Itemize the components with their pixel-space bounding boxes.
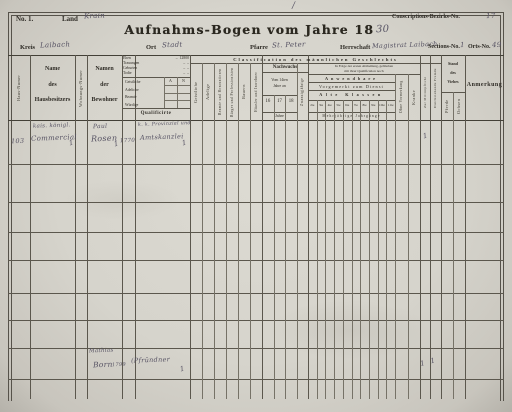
- orts-value-handwritten: 49: [492, 41, 502, 49]
- block-header-lines: In Folge der ersten Abtheilung, gebliebe…: [308, 64, 420, 73]
- form-title-text: Aufnahms-Bogen vom Jahre 18: [124, 22, 374, 37]
- entry-bewohner-line1: Paul: [93, 123, 108, 130]
- herrschaft-label: Herrschaft: [340, 44, 370, 51]
- entry-qualification-line2: Amtskanzlei: [140, 132, 184, 142]
- entry-geburtsjahr: 1770: [120, 138, 135, 145]
- klassen-label: Alte Klassen: [308, 92, 395, 97]
- sections-value-handwritten: 1: [460, 41, 465, 49]
- nachwuchs-foot: Jahre: [262, 113, 297, 118]
- stray-pen-mark: ∕: [292, 1, 296, 11]
- orts-label: Orts-No.: [468, 44, 491, 50]
- stats-footer-label: Qualificirte: [122, 111, 190, 116]
- block-right2-label: Kranke: [409, 76, 419, 118]
- pfarre-value-handwritten: St. Peter: [272, 40, 306, 49]
- category-label: Häusler und Inwohner: [251, 66, 261, 118]
- ort-value-handwritten: Stadt: [162, 41, 183, 50]
- kreis-label: Kreis: [20, 44, 35, 51]
- klassen-cells: 2te 3te 4te 5te 6te 7te 8te 9te 10te 11t…: [308, 103, 395, 107]
- zwanzigjaehrige-label: Zwanzigjährige: [298, 66, 307, 118]
- category-label: Bauern: [239, 66, 249, 118]
- hausbesitzer-column-label: Name des Hausbesitzers: [30, 62, 75, 109]
- nachwuchs-years: 16 17 18: [262, 99, 297, 104]
- haus-no-column-label: Haus-Numer: [9, 58, 29, 118]
- conscription-label: Conscriptions-Bezirks-No.: [392, 14, 460, 20]
- entry-haus-no: 103: [11, 137, 25, 145]
- category-label: Beamte und Honoratioren: [215, 66, 225, 118]
- block-foot-label: Mehrjährige Jahrgänge: [308, 114, 395, 118]
- entry2-bewohner-line2: Born: [93, 360, 113, 370]
- category-label: Geistliche: [191, 66, 201, 118]
- stats-grid-header: A N: [164, 78, 190, 83]
- stats-quali-rows: Geistliche Adeliche Beamte Würdige: [125, 79, 163, 109]
- kreis-value-handwritten: Laibach: [40, 40, 71, 49]
- classification-band-label: Classification des männlichen Geschlecht…: [190, 57, 441, 62]
- ochsen-column-label: Ochsen: [454, 93, 464, 119]
- form-title: Aufnahms-Bogen vom Jahre 1830: [0, 21, 512, 39]
- entry2-bewohner-line1: Mathias: [89, 348, 114, 355]
- category-label: Adelige: [203, 66, 213, 118]
- anwendbare-label: Anwendbare: [308, 76, 395, 81]
- vieh-title: Stand des Viehes: [441, 60, 465, 86]
- scanned-census-form: No. 1. Land Krain ∕ Conscriptions-Bezirk…: [0, 0, 512, 412]
- stats-block: Ehen – 12800 Trauungen – – Geburten – – …: [123, 56, 189, 77]
- vorgemerkt-label: Vorgemerkt zum Dienst: [308, 84, 395, 89]
- right-col-label: Durchziehende Fremde: [431, 58, 440, 118]
- sections-label: Sections-No.: [428, 44, 460, 50]
- nachwuchs-sub: Vom 14ten Jahre an: [262, 77, 297, 89]
- entry2-geburtsjahr: 1799: [112, 362, 126, 368]
- anmerkung-column-label: Anmerkung: [465, 82, 504, 88]
- pfarre-label: Pfarre: [250, 44, 268, 51]
- right-col-label: Zur Militärpflicht Vorgemerkte: [421, 66, 429, 118]
- ort-label: Ort: [146, 44, 156, 51]
- pferde-column-label: Pferde: [442, 93, 452, 119]
- entry2-qualification: (Pfründner: [131, 355, 170, 364]
- wohn-no-column-label: Wohnungs-Numer: [76, 58, 86, 118]
- form-title-year-handwritten: 30: [376, 24, 390, 35]
- block-right1-label: Ohne Vormerkung: [396, 76, 407, 118]
- category-label: Bürger und Professionisten: [227, 66, 237, 118]
- conscription-value-handwritten: 17: [486, 12, 496, 20]
- bewohner-column-label: Namen der Bewohner: [87, 62, 122, 109]
- land-value-handwritten: Krain: [84, 12, 105, 21]
